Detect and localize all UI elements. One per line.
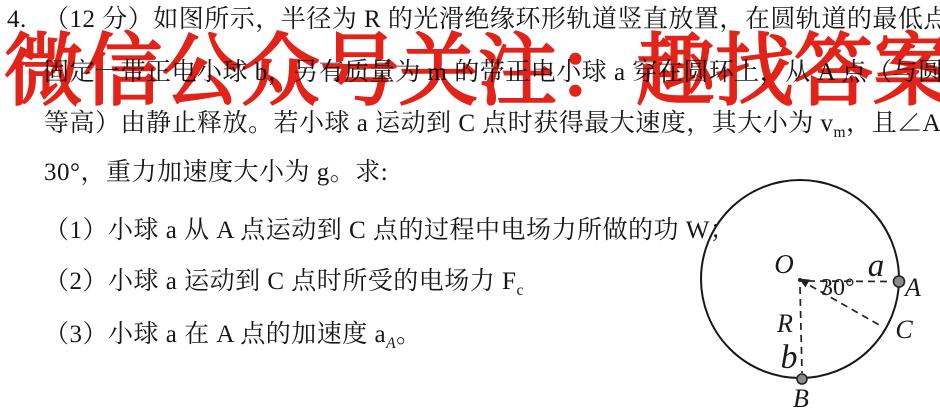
- label-O: O: [774, 249, 794, 279]
- center-point-O: [798, 278, 802, 282]
- label-A: A: [903, 273, 921, 302]
- label-ball-a: a: [868, 248, 885, 284]
- fc-subscript: c: [516, 282, 523, 299]
- circle-diagram: O a A 30° R b B C: [688, 158, 940, 412]
- problem-line-3: 等高）由静止释放。若小球 a 运动到 C 点时获得最大速度，其大小为 vm，且∠…: [44, 107, 940, 140]
- ball-a-dot: [894, 276, 905, 287]
- exam-page: 微信公众号关注：趣找答案 4. （12 分）如图所示，半径为 R 的光滑绝缘环形…: [0, 0, 940, 412]
- vm-subscript: m: [834, 124, 847, 141]
- question-3: （3）小球 a 在 A 点的加速度 aA。: [44, 318, 422, 351]
- label-B: B: [793, 384, 809, 412]
- problem-line-3-tail: ，且∠AOC=: [846, 110, 940, 137]
- dashed-line-OB: [800, 287, 802, 373]
- problem-number: 4.: [7, 3, 27, 36]
- label-C: C: [895, 315, 913, 344]
- question-3-tail: 。: [396, 321, 422, 348]
- question-2-main: （2）小球 a 运动到 C 点时所受的电场力 F: [44, 268, 516, 295]
- aA-subscript: A: [386, 335, 396, 352]
- label-R: R: [776, 309, 793, 338]
- question-1: （1）小球 a 从 A 点运动到 C 点的过程中电场力所做的功 W；: [44, 214, 735, 247]
- problem-line-2: 固定一带正电小球 b，另有质量为 m 的带正电小球 a 穿在圆环上，从 A 点（…: [44, 56, 940, 89]
- label-ball-b: b: [781, 339, 798, 376]
- problem-line-4: 30°，重力加速度大小为 g。求:: [44, 156, 388, 189]
- question-3-main: （3）小球 a 在 A 点的加速度 a: [44, 321, 386, 348]
- ball-b-dot: [797, 374, 807, 384]
- problem-line-1: （12 分）如图所示，半径为 R 的光滑绝缘环形轨道竖直放置，在圆轨道的最低点 …: [44, 3, 940, 36]
- question-2: （2）小球 a 运动到 C 点时所受的电场力 Fc: [44, 265, 524, 298]
- problem-line-3-main: 等高）由静止释放。若小球 a 运动到 C 点时获得最大速度，其大小为 v: [44, 110, 834, 137]
- label-angle-30: 30°: [821, 275, 855, 301]
